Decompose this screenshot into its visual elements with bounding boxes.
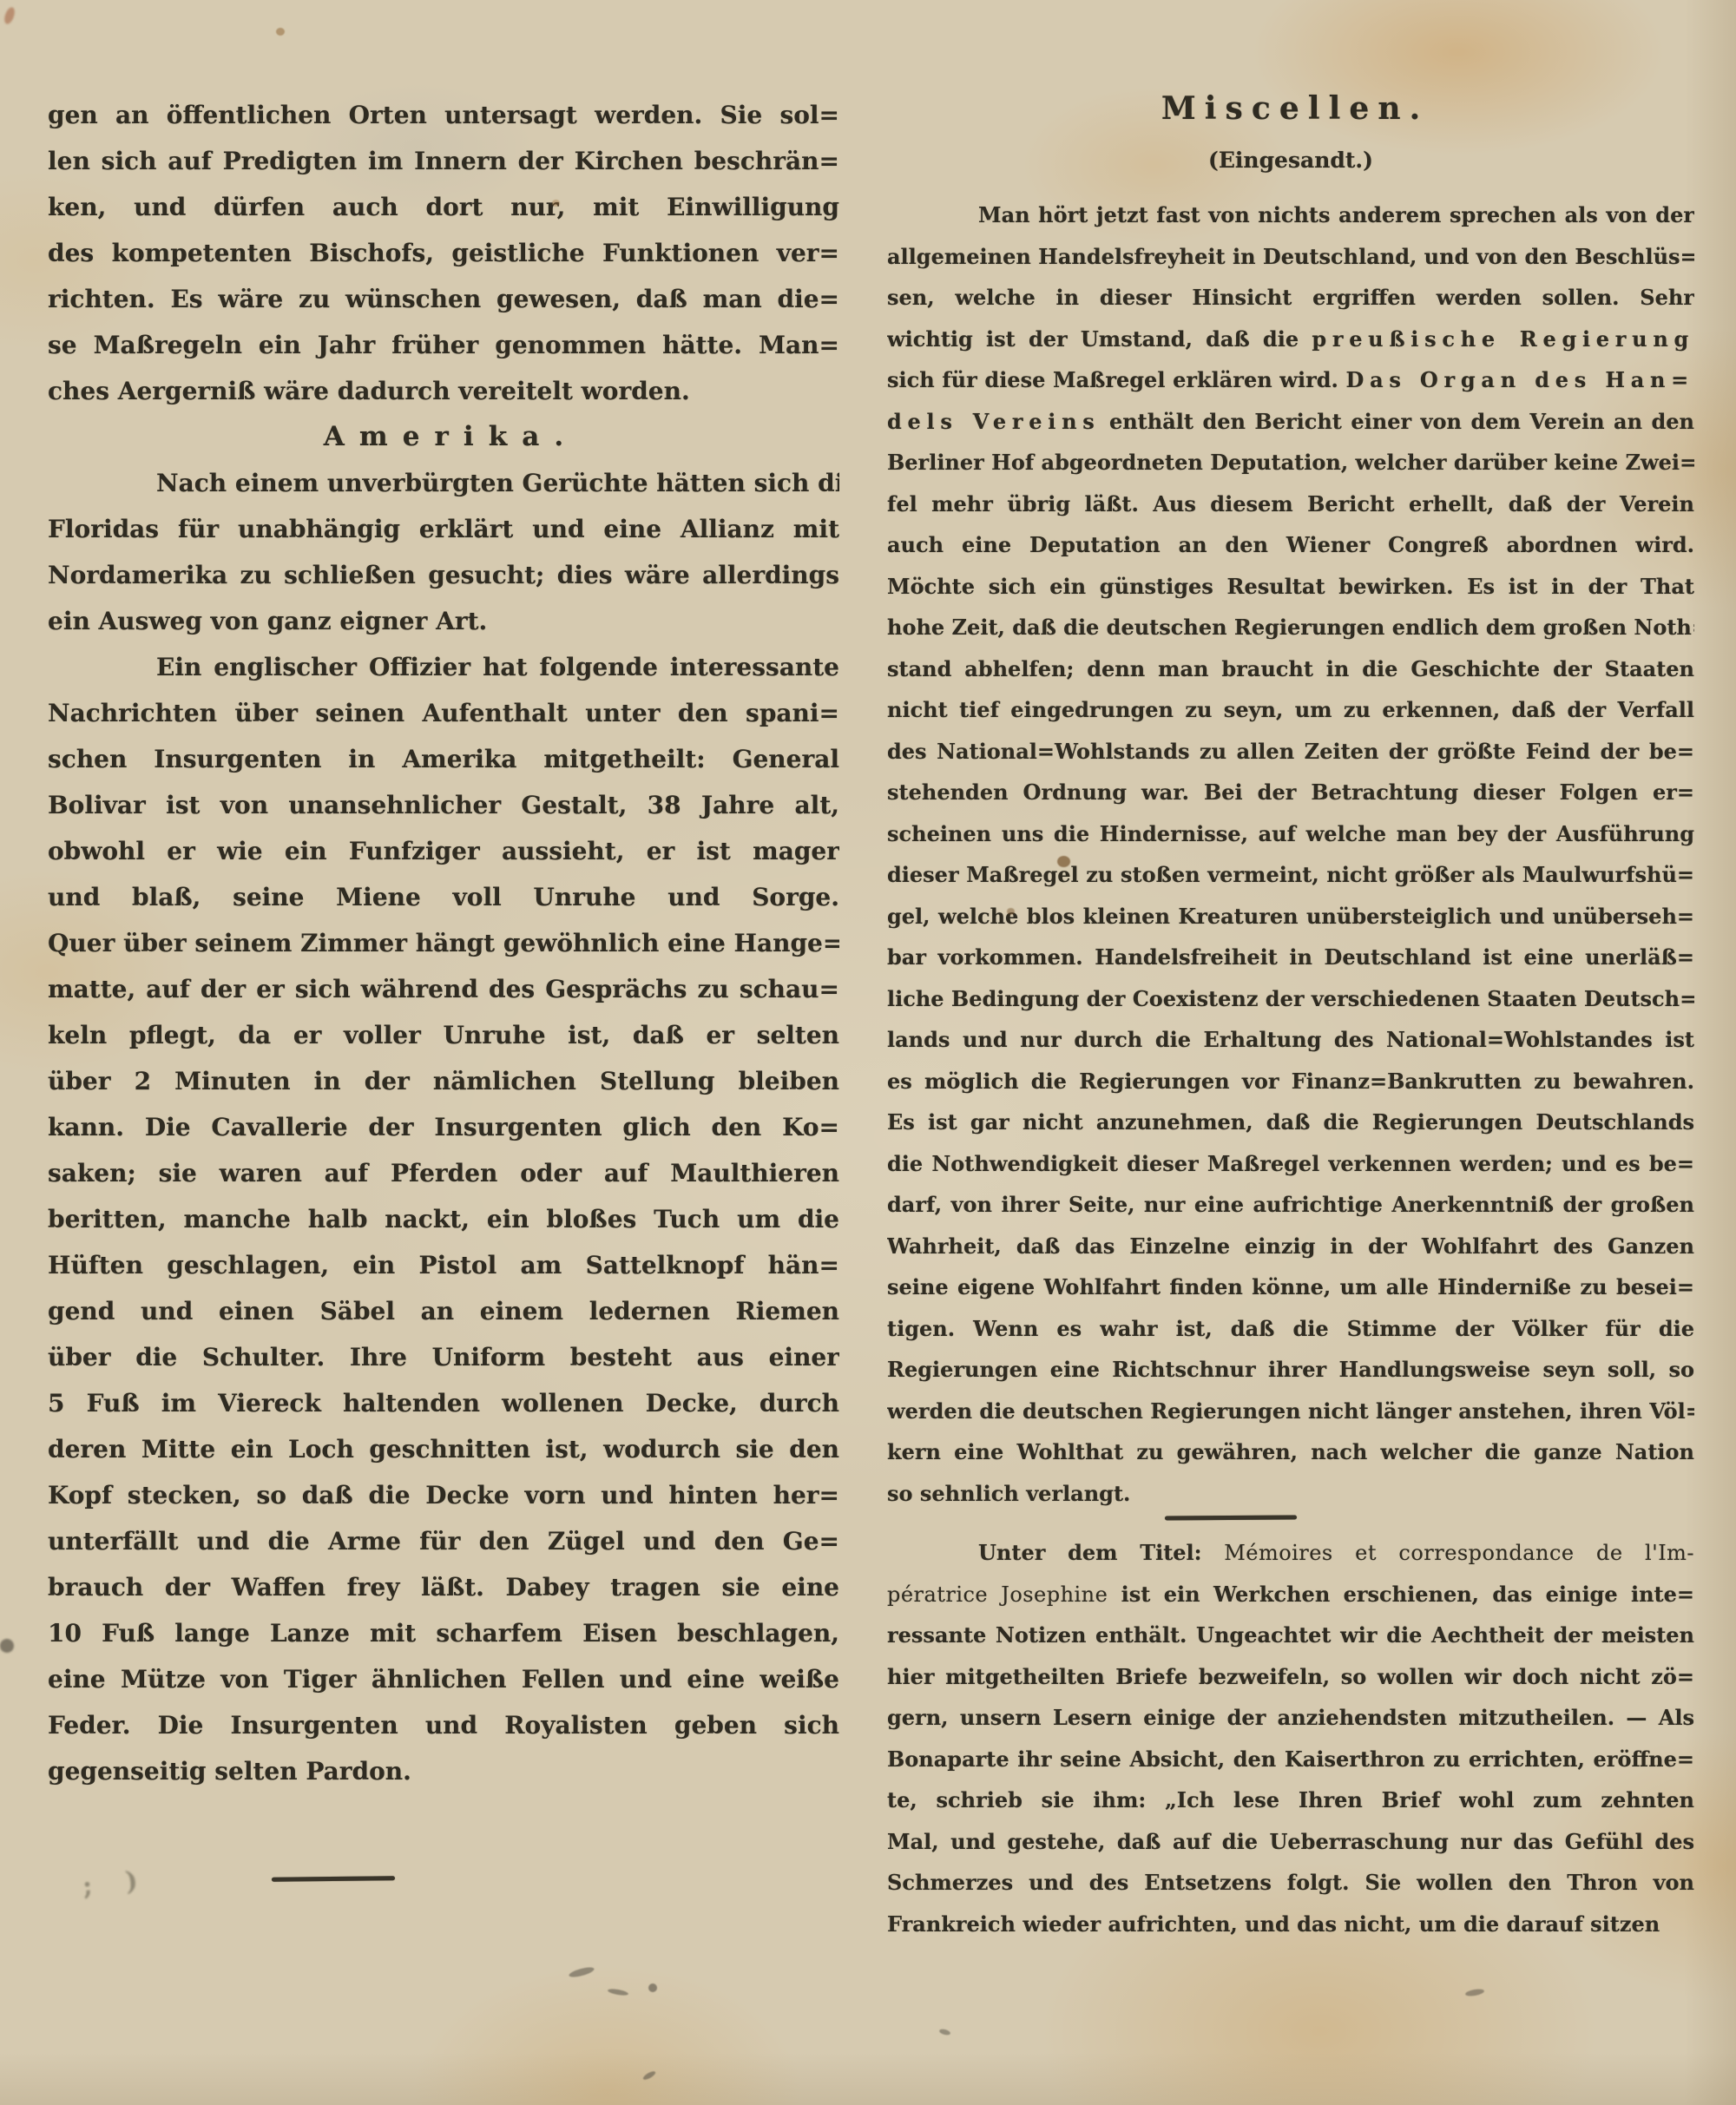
text-line: Frankreich wieder aufrichten, und das ni…: [887, 1904, 1694, 1945]
text-line: ches Aergerniß wäre dadurch vereitelt wo…: [48, 368, 839, 414]
text-line: 10 Fuß lange Lanze mit scharfem Eisen be…: [48, 1610, 839, 1656]
ink-speck: [0, 1639, 14, 1653]
text-line: keln pflegt, da er voller Unruhe ist, da…: [48, 1012, 839, 1058]
text-line: so sehnlich verlangt.: [887, 1473, 1694, 1515]
text-line: seine eigene Wohlfahrt finden könne, um …: [887, 1266, 1694, 1308]
text-line: Quer über seinem Zimmer hängt gewöhnlich…: [48, 920, 839, 966]
ink-speck: [608, 1988, 629, 1996]
ink-speck: [938, 2028, 950, 2036]
text-line: bar vorkommen. Handelsfreiheit in Deutsc…: [887, 937, 1694, 978]
section-subtitle: (Eingesandt.): [887, 141, 1694, 181]
ink-speck: [648, 1983, 657, 1992]
text-line: über die Schulter. Ihre Uniform besteht …: [48, 1334, 839, 1380]
text-line: gend und einen Säbel an einem ledernen R…: [48, 1288, 839, 1334]
plain-text: Unter dem Titel:: [978, 1540, 1224, 1565]
text-line: Möchte sich ein günstiges Resultat bewir…: [887, 566, 1694, 608]
text-line: brauch der Waffen frey läßt. Dabey trage…: [48, 1564, 839, 1610]
text-line: des kompetenten Bischofs, geistliche Fun…: [48, 230, 839, 276]
text-line: te, schrieb sie ihm: „Ich lese Ihren Bri…: [887, 1779, 1694, 1821]
text-line: Unter dem Titel: Mémoires et corresponda…: [887, 1532, 1694, 1574]
scanned-newspaper-page: gen an öffentlichen Orten untersagt werd…: [0, 0, 1736, 2105]
text-line: allgemeinen Handelsfreyheit in Deutschla…: [887, 236, 1694, 278]
plain-text: sich für diese Maßregel erklären wird.: [887, 367, 1346, 392]
text-line: ressante Notizen enthält. Ungeachtet wir…: [887, 1615, 1694, 1656]
plain-text: wichtig ist der Umstand, daß die: [887, 326, 1312, 352]
text-line: sen, welche in dieser Hinsicht ergriffen…: [887, 277, 1694, 319]
text-line: Ein englischer Offizier hat folgende int…: [48, 644, 839, 690]
text-line: fel mehr übrig läßt. Aus diesem Bericht …: [887, 483, 1694, 525]
text-line: Kopf stecken, so daß die Decke vorn und …: [48, 1472, 839, 1518]
text-line: Schmerzes und des Entsetzens folgt. Sie …: [887, 1862, 1694, 1904]
ink-speck: [642, 2069, 657, 2081]
plain-text: ist ein Werkchen erschienen, das einige …: [1108, 1582, 1694, 1607]
antiqua-text: pératrice Josephine: [887, 1582, 1108, 1607]
text-line: Berliner Hof abgeordneten Deputation, we…: [887, 442, 1694, 483]
text-line: hohe Zeit, daß die deutschen Regierungen…: [887, 607, 1694, 648]
text-line: es möglich die Regierungen vor Finanz=Ba…: [887, 1061, 1694, 1102]
text-line: ken, und dürfen auch dort nur, mit Einwi…: [48, 184, 839, 230]
text-line: stehenden Ordnung war. Bei der Betrachtu…: [887, 772, 1694, 813]
text-line: auch eine Deputation an den Wiener Congr…: [887, 524, 1694, 566]
left-column: gen an öffentlichen Orten untersagt werd…: [48, 92, 839, 1794]
text-line: se Maßregeln ein Jahr früher genommen hä…: [48, 322, 839, 368]
text-line: tigen. Wenn es wahr ist, daß die Stimme …: [887, 1308, 1694, 1350]
text-line: schen Insurgenten in Amerika mitgetheilt…: [48, 736, 839, 782]
text-line: werden die deutschen Regierungen nicht l…: [887, 1391, 1694, 1432]
section-heading: Amerika.: [48, 414, 839, 460]
text-line: kann. Die Cavallerie der Insurgenten gli…: [48, 1104, 839, 1150]
text-line: und blaß, seine Miene voll Unruhe und So…: [48, 874, 839, 920]
ink-speck: [276, 28, 285, 36]
text-line: wichtig ist der Umstand, daß die preußis…: [887, 319, 1694, 360]
text-line: Es ist gar nicht anzunehmen, daß die Reg…: [887, 1102, 1694, 1143]
text-line: hier mitgetheilten Briefe bezweifeln, so…: [887, 1656, 1694, 1698]
text-line: kern eine Wohlthat zu gewähren, nach wel…: [887, 1431, 1694, 1473]
right-column-body: Man hört jetzt fast von nichts anderem s…: [887, 194, 1694, 1944]
paragraph: Unter dem Titel: Mémoires et corresponda…: [887, 1532, 1694, 1944]
text-line: Regierungen eine Richtschnur ihrer Handl…: [887, 1349, 1694, 1391]
left-separator-rule: [272, 1876, 395, 1881]
ink-speck: [1465, 1988, 1485, 1997]
text-line: richten. Es wäre zu wünschen gewesen, da…: [48, 276, 839, 322]
text-line: lands und nur durch die Erhaltung des Na…: [887, 1019, 1694, 1061]
text-line: len sich auf Predigten im Innern der Kir…: [48, 138, 839, 184]
text-line: gegenseitig selten Pardon.: [48, 1748, 839, 1794]
paragraph: Man hört jetzt fast von nichts anderem s…: [887, 194, 1694, 1514]
emphasized-text: preußische Regierung: [1312, 326, 1694, 352]
text-line: Bolivar ist von unansehnlicher Gestalt, …: [48, 782, 839, 828]
text-line: Nordamerika zu schließen gesucht; dies w…: [48, 552, 839, 598]
text-line: scheinen uns die Hindernisse, auf welche…: [887, 813, 1694, 855]
text-line: unterfällt und die Arme für den Zügel un…: [48, 1518, 839, 1564]
ink-smudge: ; ): [81, 1865, 151, 1902]
separator-rule: [1165, 1515, 1297, 1520]
text-line: beritten, manche halb nackt, ein bloßes …: [48, 1196, 839, 1242]
text-line: darf, von ihrer Seite, nur eine aufricht…: [887, 1184, 1694, 1226]
text-line: Bonaparte ihr seine Absicht, den Kaisert…: [887, 1739, 1694, 1780]
text-line: 5 Fuß im Viereck haltenden wollenen Deck…: [48, 1380, 839, 1426]
text-line: deren Mitte ein Loch geschnitten ist, wo…: [48, 1426, 839, 1472]
text-line: gern, unsern Lesern einige der anziehend…: [887, 1697, 1694, 1739]
text-line: Mal, und gestehe, daß auf die Ueberrasch…: [887, 1821, 1694, 1863]
paragraph: Nach einem unverbürgten Gerüchte hätten …: [48, 460, 839, 644]
antiqua-text: Mémoires et correspondance de l'Im-: [1224, 1541, 1694, 1565]
ink-speck: [3, 6, 16, 25]
text-line: eine Mütze von Tiger ähnlichen Fellen un…: [48, 1656, 839, 1702]
emphasized-text: dels Vereins: [887, 409, 1100, 434]
text-line: dels Vereins enthält den Bericht einer v…: [887, 401, 1694, 443]
text-line: Nach einem unverbürgten Gerüchte hätten …: [48, 460, 839, 506]
text-line: gen an öffentlichen Orten untersagt werd…: [48, 92, 839, 138]
ink-speck: [568, 1965, 595, 1978]
text-line: die Nothwendigkeit dieser Maßregel verke…: [887, 1143, 1694, 1185]
text-line: dieser Maßregel zu stoßen vermeint, nich…: [887, 854, 1694, 896]
text-line: obwohl er wie ein Funfziger aussieht, er…: [48, 828, 839, 874]
text-line: Wahrheit, daß das Einzelne einzig in der…: [887, 1226, 1694, 1267]
text-line: stand abhelfen; denn man braucht in die …: [887, 648, 1694, 690]
text-line: Hüften geschlagen, ein Pistol am Sattelk…: [48, 1242, 839, 1288]
text-line: des National=Wohlstands zu allen Zeiten …: [887, 731, 1694, 773]
text-line: Floridas für unabhängig erklärt und eine…: [48, 506, 839, 552]
text-line: gel, welche blos kleinen Kreaturen unübe…: [887, 896, 1694, 937]
paragraph: gen an öffentlichen Orten untersagt werd…: [48, 92, 839, 414]
section-title: Miscellen.: [887, 83, 1694, 134]
text-line: Nachrichten über seinen Aufenthalt unter…: [48, 690, 839, 736]
text-line: nicht tief eingedrungen zu seyn, um zu e…: [887, 689, 1694, 731]
text-line: ein Ausweg von ganz eigner Art.: [48, 598, 839, 644]
text-line: matte, auf der er sich während des Gespr…: [48, 966, 839, 1012]
text-line: Feder. Die Insurgenten und Royalisten ge…: [48, 1702, 839, 1748]
text-line: Man hört jetzt fast von nichts anderem s…: [887, 194, 1694, 236]
emphasized-text: Das Organ des Han=: [1346, 367, 1694, 392]
paragraph: Ein englischer Offizier hat folgende int…: [48, 644, 839, 1794]
plain-text: enthält den Bericht einer von dem Verein…: [1100, 409, 1694, 434]
text-line: über 2 Minuten in der nämlichen Stellung…: [48, 1058, 839, 1104]
text-line: saken; sie waren auf Pferden oder auf Ma…: [48, 1150, 839, 1196]
text-line: liche Bedingung der Coexistenz der versc…: [887, 978, 1694, 1020]
right-column: Miscellen. (Eingesandt.) Man hört jetzt …: [887, 83, 1694, 1944]
text-line: pératrice Josephine ist ein Werkchen ers…: [887, 1574, 1694, 1615]
text-line: sich für diese Maßregel erklären wird. D…: [887, 359, 1694, 401]
